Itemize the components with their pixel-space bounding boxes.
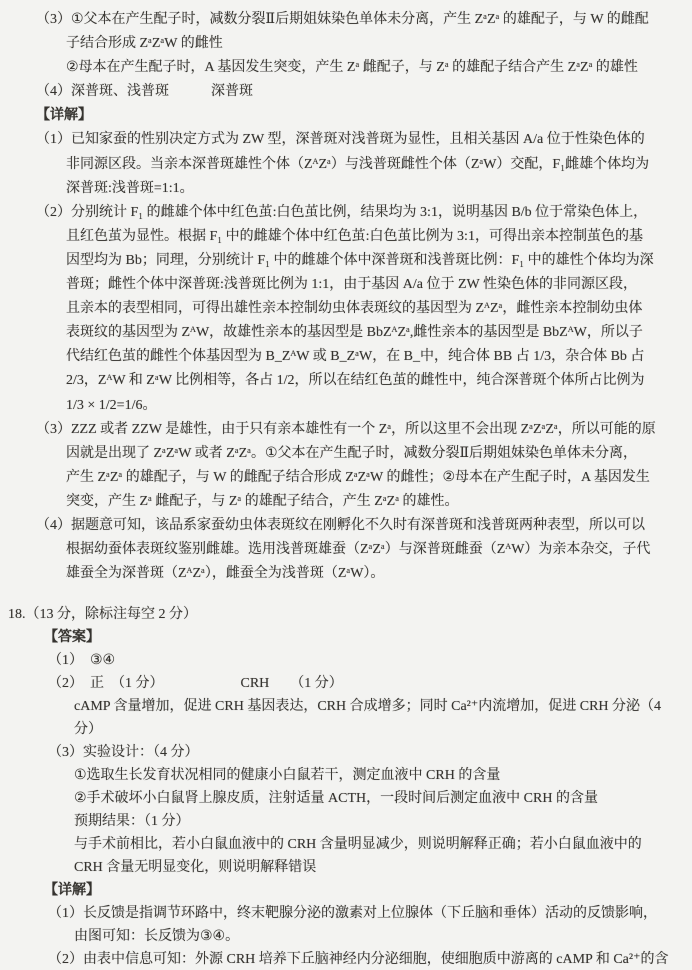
text-line: 因型均为 Bb；同理，分别统计 F₁ 中的雌雄个体中深普斑和浅普斑比例：F₁ 中… [0,249,692,273]
text-line: （4）据题意可知，该品系家蚕幼虫体表斑纹在刚孵化不久时有深普斑和浅普斑两种表型，… [0,514,692,538]
text-line: 根据幼蚕体表斑纹鉴别雌雄。选用浅普斑雄蚕（ZᵃZᵃ）与深普斑雌蚕（ZᴬW）为亲本… [0,538,692,562]
text-line: 产生 ZᵃZᵃ 的雄配子，与 W 的雌配子结合形成 ZᵃZᵃW 的雌性；②母本在… [0,466,692,490]
text-line: 1/3 × 1/2=1/6。 [0,394,692,418]
text-line: 突变，产生 Zᵃ 雌配子，与 Zᵃ 的雄配子结合，产生 ZᵃZᵃ 的雄性。 [0,490,692,514]
text-line: 分） [0,718,692,741]
text-line: 预期结果：（1 分） [0,810,692,833]
text-line: cAMP 含量增加，促进 CRH 基因表达，CRH 合成增多；同时 Ca²⁺内流… [0,695,692,718]
question18-answer-and-detail-section: 18.（13 分，除标注每空 2 分）【答案】（1） ③④（2） 正 （1 分）… [0,603,692,970]
text-line: 表斑纹的基因型为 ZᴬW，故雄性亲本的基因型是 BbZᴬZᵃ,雌性亲本的基因型是… [0,321,692,345]
text-line: 子结合形成 ZᵃZᵃW 的雌性 [0,32,692,56]
text-line: （2）分别统计 F₁ 的雌雄个体中红色茧:白色茧比例，结果均为 3:1，说明基因… [0,201,692,225]
text-line: （3）实验设计：（4 分） [0,741,692,764]
text-line: 且红色茧为显性。根据 F₁ 中的雌雄个体中红色茧:白色茧比例为 3:1，可得出亲… [0,225,692,249]
text-line: 因就是出现了 ZᵃZᵃW 或者 ZᵃZᵃ。①父本在产生配子时，减数分裂Ⅱ后期姐妹… [0,442,692,466]
text-line: ②手术破坏小白鼠肾上腺皮质，注射适量 ACTH，一段时间后测定血液中 CRH 的… [0,787,692,810]
text-line: CRH 含量无明显变化，则说明解释错误 [0,856,692,879]
question17-answer-and-detail-section: （3）①父本在产生配子时，减数分裂Ⅱ后期姐妹染色单体未分离，产生 ZᵃZᵃ 的雄… [0,8,692,586]
text-line: 普斑；雌性个体中深普斑:浅普斑比例为 1:1，由于基因 A/a 位于 ZW 性染… [0,273,692,297]
text-line: 与手术前相比，若小白鼠血液中的 CRH 含量明显减少，则说明解释正确；若小白鼠血… [0,833,692,856]
text-line: 且亲本的表型相同，可得出雄性亲本控制幼虫体表斑纹的基因型为 ZᴬZᵃ，雌性亲本控… [0,297,692,321]
text-line: （3）ZZZ 或者 ZZW 是雄性，由于只有亲本雄性有一个 Zᵃ，所以这里不会出… [0,418,692,442]
text-line: 雄蚕全为深普斑（ZᴬZᵃ），雌蚕全为浅普斑（ZᵃW）。 [0,562,692,586]
text-line: （1）已知家蚕的性别决定方式为 ZW 型，深普斑对浅普斑为显性，且相关基因 A/… [0,128,692,152]
text-line: （2） 正 （1 分） CRH （1 分） [0,672,692,695]
document-page: （3）①父本在产生配子时，减数分裂Ⅱ后期姐妹染色单体未分离，产生 ZᵃZᵃ 的雄… [0,0,692,970]
text-line: （4）深普斑、浅普斑 深普斑 [0,80,692,104]
text-line: （1）长反馈是指调节环路中，终末靶腺分泌的激素对上位腺体（下丘脑和垂体）活动的反… [0,902,692,925]
detail-heading: 【详解】 [0,104,692,128]
text-line: 由图可知：长反馈为③④。 [0,925,692,948]
text-line: 2/3，ZᴬW 和 ZᵃW 比例相等，各占 1/2，所以在结红色茧的雌性中，纯合… [0,369,692,393]
text-line: 深普斑:浅普斑=1:1。 [0,177,692,201]
text-line: 代结红色茧的雌性个体基因型为 B_ZᴬW 或 B_ZᵃW，在 B_中，纯合体 B… [0,345,692,369]
text-line: ②母本在产生配子时，A 基因发生突变，产生 Zᵃ 雌配子，与 Zᵃ 的雄配子结合… [0,56,692,80]
question-number-line: 18.（13 分，除标注每空 2 分） [0,603,692,626]
text-line: （2）由表中信息可知：外源 CRH 培养下丘脑神经内分泌细胞，使细胞质中游离的 … [0,948,692,970]
answer-heading: 【答案】 [0,626,692,649]
text-line: （3）①父本在产生配子时，减数分裂Ⅱ后期姐妹染色单体未分离，产生 ZᵃZᵃ 的雄… [0,8,692,32]
text-line: 非同源区段。当亲本深普斑雄性个体（ZᴬZᵃ）与浅普斑雌性个体（ZᵃW）交配，F₁… [0,153,692,177]
text-line: ①选取生长发育状况相同的健康小白鼠若干，测定血液中 CRH 的含量 [0,764,692,787]
text-line: （1） ③④ [0,649,692,672]
detail-heading: 【详解】 [0,879,692,902]
